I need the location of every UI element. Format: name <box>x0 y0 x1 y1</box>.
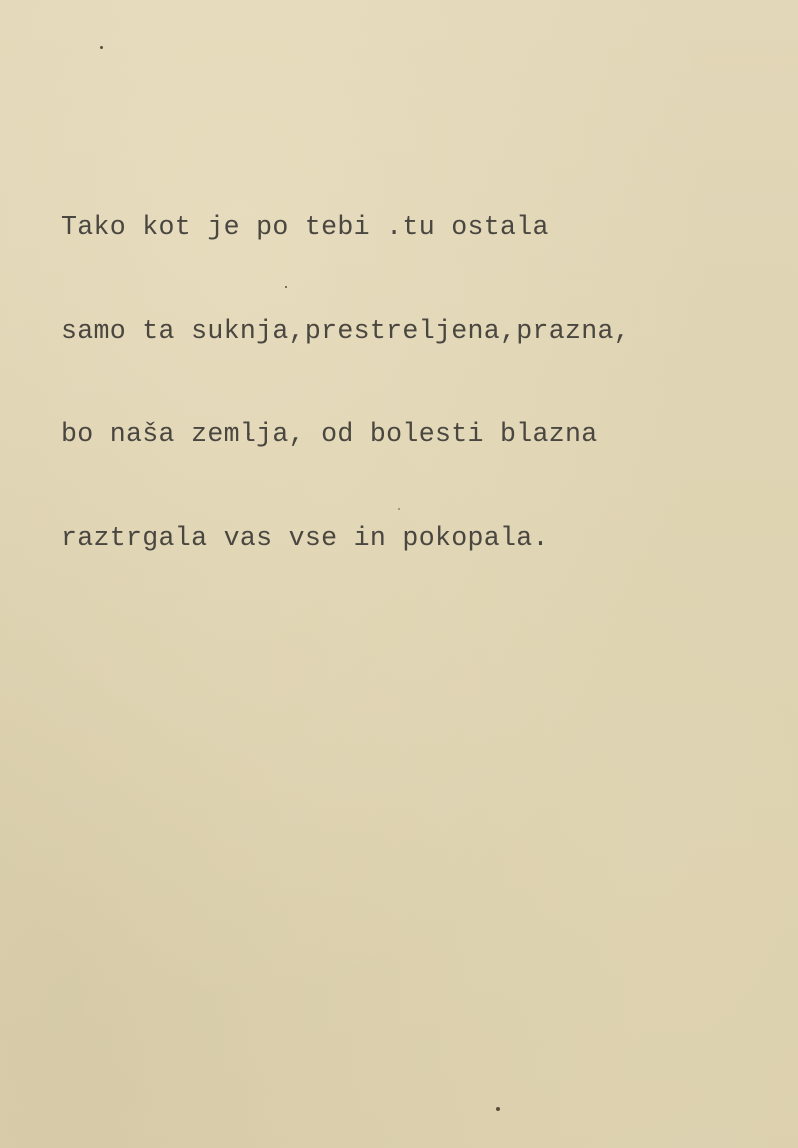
poem-line-1: Tako kot je po tebi .tu ostala <box>61 210 630 245</box>
poem-line-4: raztrgala vas vse in pokopala. <box>61 521 630 556</box>
poem-line-3: bo naša zemlja, od bolesti blazna <box>61 417 630 452</box>
typewritten-poem: Tako kot je po tebi .tu ostala samo ta s… <box>61 141 630 590</box>
paper-speck <box>496 1107 500 1111</box>
paper-speck <box>100 46 103 49</box>
poem-line-2: samo ta suknja,prestreljena,prazna, <box>61 314 630 349</box>
